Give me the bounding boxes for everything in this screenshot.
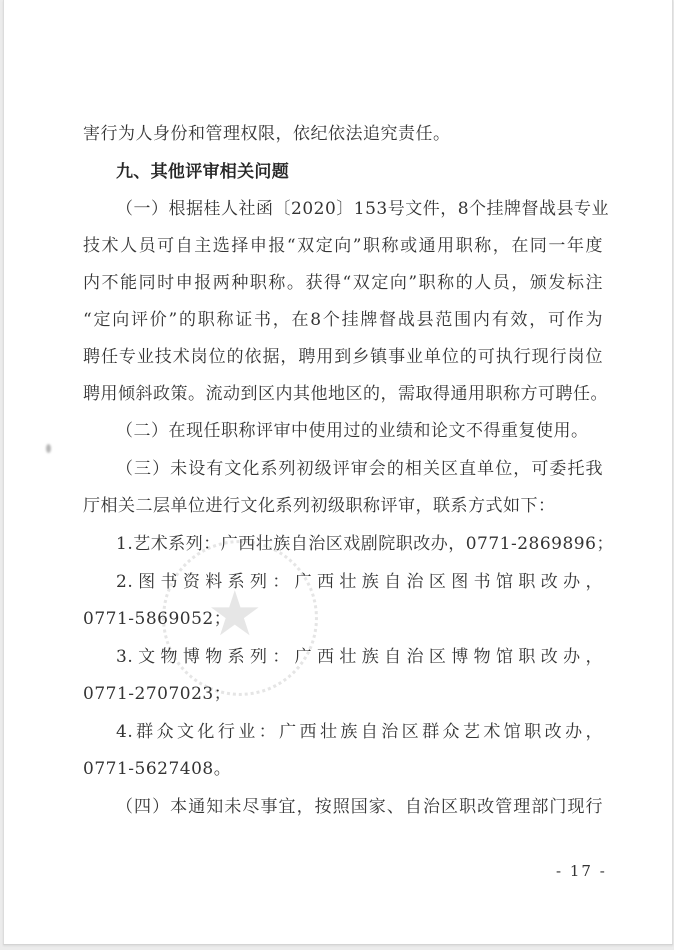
paragraph-line: 内不能同时申报两种职称。获得“双定向”职称的人员，颁发标注 bbox=[83, 272, 603, 294]
section-heading: 九、其他评审相关问题 bbox=[116, 161, 636, 183]
paragraph-line: （二）在现任职称评审中使用过的业绩和论文不得重复使用。 bbox=[116, 420, 636, 442]
paragraph-line: （四）本通知未尽事宜，按照国家、自治区职改管理部门现行 bbox=[116, 796, 603, 818]
page-number: - 17 - bbox=[556, 862, 607, 880]
scan-smudge bbox=[46, 444, 51, 453]
paragraph-line: 厅相关二层单位进行文化系列初级职称评审，联系方式如下： bbox=[83, 495, 603, 517]
contact-phone: 0771-2707023； bbox=[83, 683, 603, 705]
paragraph-line: 害行为人身份和管理权限，依纪依法追究责任。 bbox=[83, 123, 603, 145]
contact-phone: 0771-5869052； bbox=[83, 608, 603, 630]
contact-item: 1.艺术系列：广西壮族自治区戏剧院职改办，0771-2869896； bbox=[116, 533, 636, 555]
paragraph-line: （三）未设有文化系列初级评审会的相关区直单位，可委托我 bbox=[116, 458, 603, 480]
paragraph-line: 聘任专业技术岗位的依据，聘用到乡镇事业单位的可执行现行岗位 bbox=[83, 346, 603, 368]
document-page: ★ 害行为人身份和管理权限，依纪依法追究责任。 九、其他评审相关问题 （一）根据… bbox=[3, 0, 673, 945]
contact-item: 4.群众文化行业：广西壮族自治区群众艺术馆职改办， bbox=[116, 721, 603, 743]
paragraph-line: （一）根据桂人社函〔2020〕153号文件，8个挂牌督战县专业 bbox=[116, 198, 603, 220]
paragraph-line: “定向评价”的职称证书，在8个挂牌督战县范围内有效，可作为 bbox=[83, 309, 603, 331]
paragraph-line: 聘用倾斜政策。流动到区内其他地区的，需取得通用职称方可聘任。 bbox=[83, 383, 603, 405]
contact-phone: 0771-5627408。 bbox=[83, 758, 603, 780]
paragraph-line: 技术人员可自主选择申报“双定向”职称或通用职称，在同一年度 bbox=[83, 235, 603, 257]
contact-item: 3.文物博物系列：广西壮族自治区博物馆职改办， bbox=[116, 646, 603, 668]
contact-item: 2.图书资料系列：广西壮族自治区图书馆职改办， bbox=[116, 571, 603, 593]
